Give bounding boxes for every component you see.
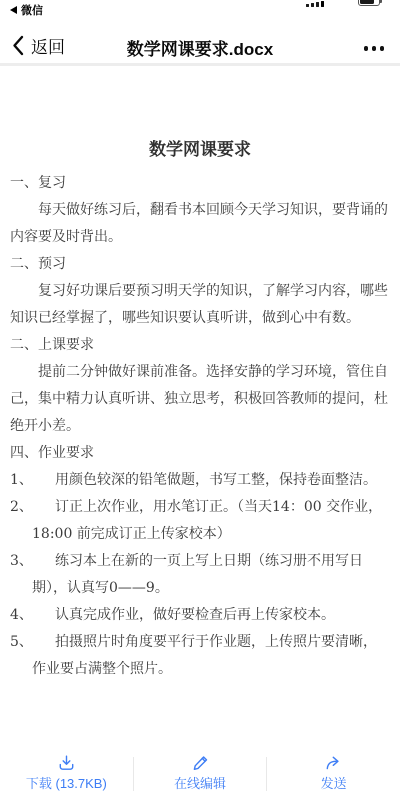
document-scroll-area[interactable]: 数学网课要求 一、复习 每天做好练习后，翻看书本回顾今天学习知识，要背诵的内容要…	[0, 66, 400, 744]
doc-paragraph: 提前二分钟做好课前准备。选择安静的学习环境，管住自己，集中精力认真听讲、独立思考…	[10, 359, 390, 440]
list-item-text: 用颜色较深的铅笔做题，书写工整，保持卷面整洁。	[55, 472, 377, 488]
download-label: 下载 (13.7KB)	[26, 776, 107, 791]
doc-body: 一、复习 每天做好练习后，翻看书本回顾今天学习知识，要背诵的内容要及时背出。 二…	[10, 170, 390, 683]
doc-list-item: 1、用颜色较深的铅笔做题，书写工整，保持卷面整洁。	[10, 467, 390, 494]
doc-heading: 数学网课要求	[10, 135, 390, 160]
list-item-number: 4、	[10, 602, 33, 629]
wifi-icon	[332, 0, 346, 6]
document-page: 数学网课要求 一、复习 每天做好练习后，翻看书本回顾今天学习知识，要背诵的内容要…	[0, 135, 400, 683]
list-item-text: 订正上次作业，用水笔订正。（当天14：00 交作业，18:00 前完成订正上传家…	[32, 499, 382, 542]
list-item-text: 练习本上在新的一页上写上日期（练习册不用写日期），认真写0——9。	[32, 553, 363, 596]
bottom-toolbar: 下载 (13.7KB) 在线编辑 发送	[0, 744, 400, 809]
list-item-number: 3、	[10, 548, 33, 575]
send-label: 发送	[321, 776, 347, 791]
more-menu-button[interactable]	[364, 42, 385, 55]
doc-list-item: 2、订正上次作业，用水笔订正。（当天14：00 交作业，18:00 前完成订正上…	[10, 494, 390, 548]
doc-list-item: 5、拍摄照片时角度要平行于作业题，上传照片要清晰，作业要占满整个照片。	[10, 629, 390, 683]
send-button[interactable]: 发送	[267, 754, 400, 791]
back-to-wechat-button[interactable]: 微信	[10, 2, 43, 18]
status-app-name: 微信	[21, 2, 43, 18]
list-item-number: 5、	[10, 629, 33, 656]
doc-list-item: 4、认真完成作业，做好要检查后再上传家校本。	[10, 602, 390, 629]
cellular-signal-icon	[306, 1, 324, 7]
list-item-number: 2、	[10, 494, 33, 521]
doc-list-item: 3、练习本上在新的一页上写上日期（练习册不用写日期），认真写0——9。	[10, 548, 390, 602]
back-button-label: 返回	[31, 33, 65, 58]
online-edit-label: 在线编辑	[174, 776, 226, 791]
doc-paragraph: 复习好功课后要预习明天学的知识，了解学习内容，哪些知识已经掌握了，哪些知识要认真…	[10, 278, 390, 332]
nav-bar: 返回 数学网课要求.docx	[0, 28, 400, 63]
status-icons	[304, 0, 392, 8]
doc-section-heading: 二、预习	[10, 251, 390, 278]
wechat-file-preview-screen: 微信 返回 数学网课要求.docx 数学网课要求 一、复习 每天做好练习后，翻看…	[0, 0, 400, 809]
doc-paragraph: 每天做好练习后，翻看书本回顾今天学习知识，要背诵的内容要及时背出。	[10, 197, 390, 251]
doc-section-heading: 一、复习	[10, 170, 390, 197]
list-item-text: 拍摄照片时角度要平行于作业题，上传照片要清晰，作业要占满整个照片。	[32, 634, 377, 677]
download-button[interactable]: 下载 (13.7KB)	[0, 754, 133, 791]
pencil-edit-icon	[191, 754, 210, 772]
back-to-wechat-triangle-icon	[10, 6, 17, 14]
ellipsis-more-icon	[364, 46, 369, 51]
download-icon	[57, 754, 76, 772]
chevron-left-icon	[12, 35, 24, 56]
share-send-icon	[324, 754, 343, 772]
doc-section-heading: 四、作业要求	[10, 440, 390, 467]
online-edit-button[interactable]: 在线编辑	[134, 754, 267, 791]
status-bar: 微信	[0, 0, 400, 28]
document-title-bar: 数学网课要求.docx	[85, 35, 315, 60]
battery-icon	[358, 0, 380, 6]
list-item-number: 1、	[10, 467, 33, 494]
list-item-text: 认真完成作业，做好要检查后再上传家校本。	[55, 607, 335, 623]
back-button[interactable]: 返回	[12, 33, 65, 58]
doc-section-heading: 二、上课要求	[10, 332, 390, 359]
